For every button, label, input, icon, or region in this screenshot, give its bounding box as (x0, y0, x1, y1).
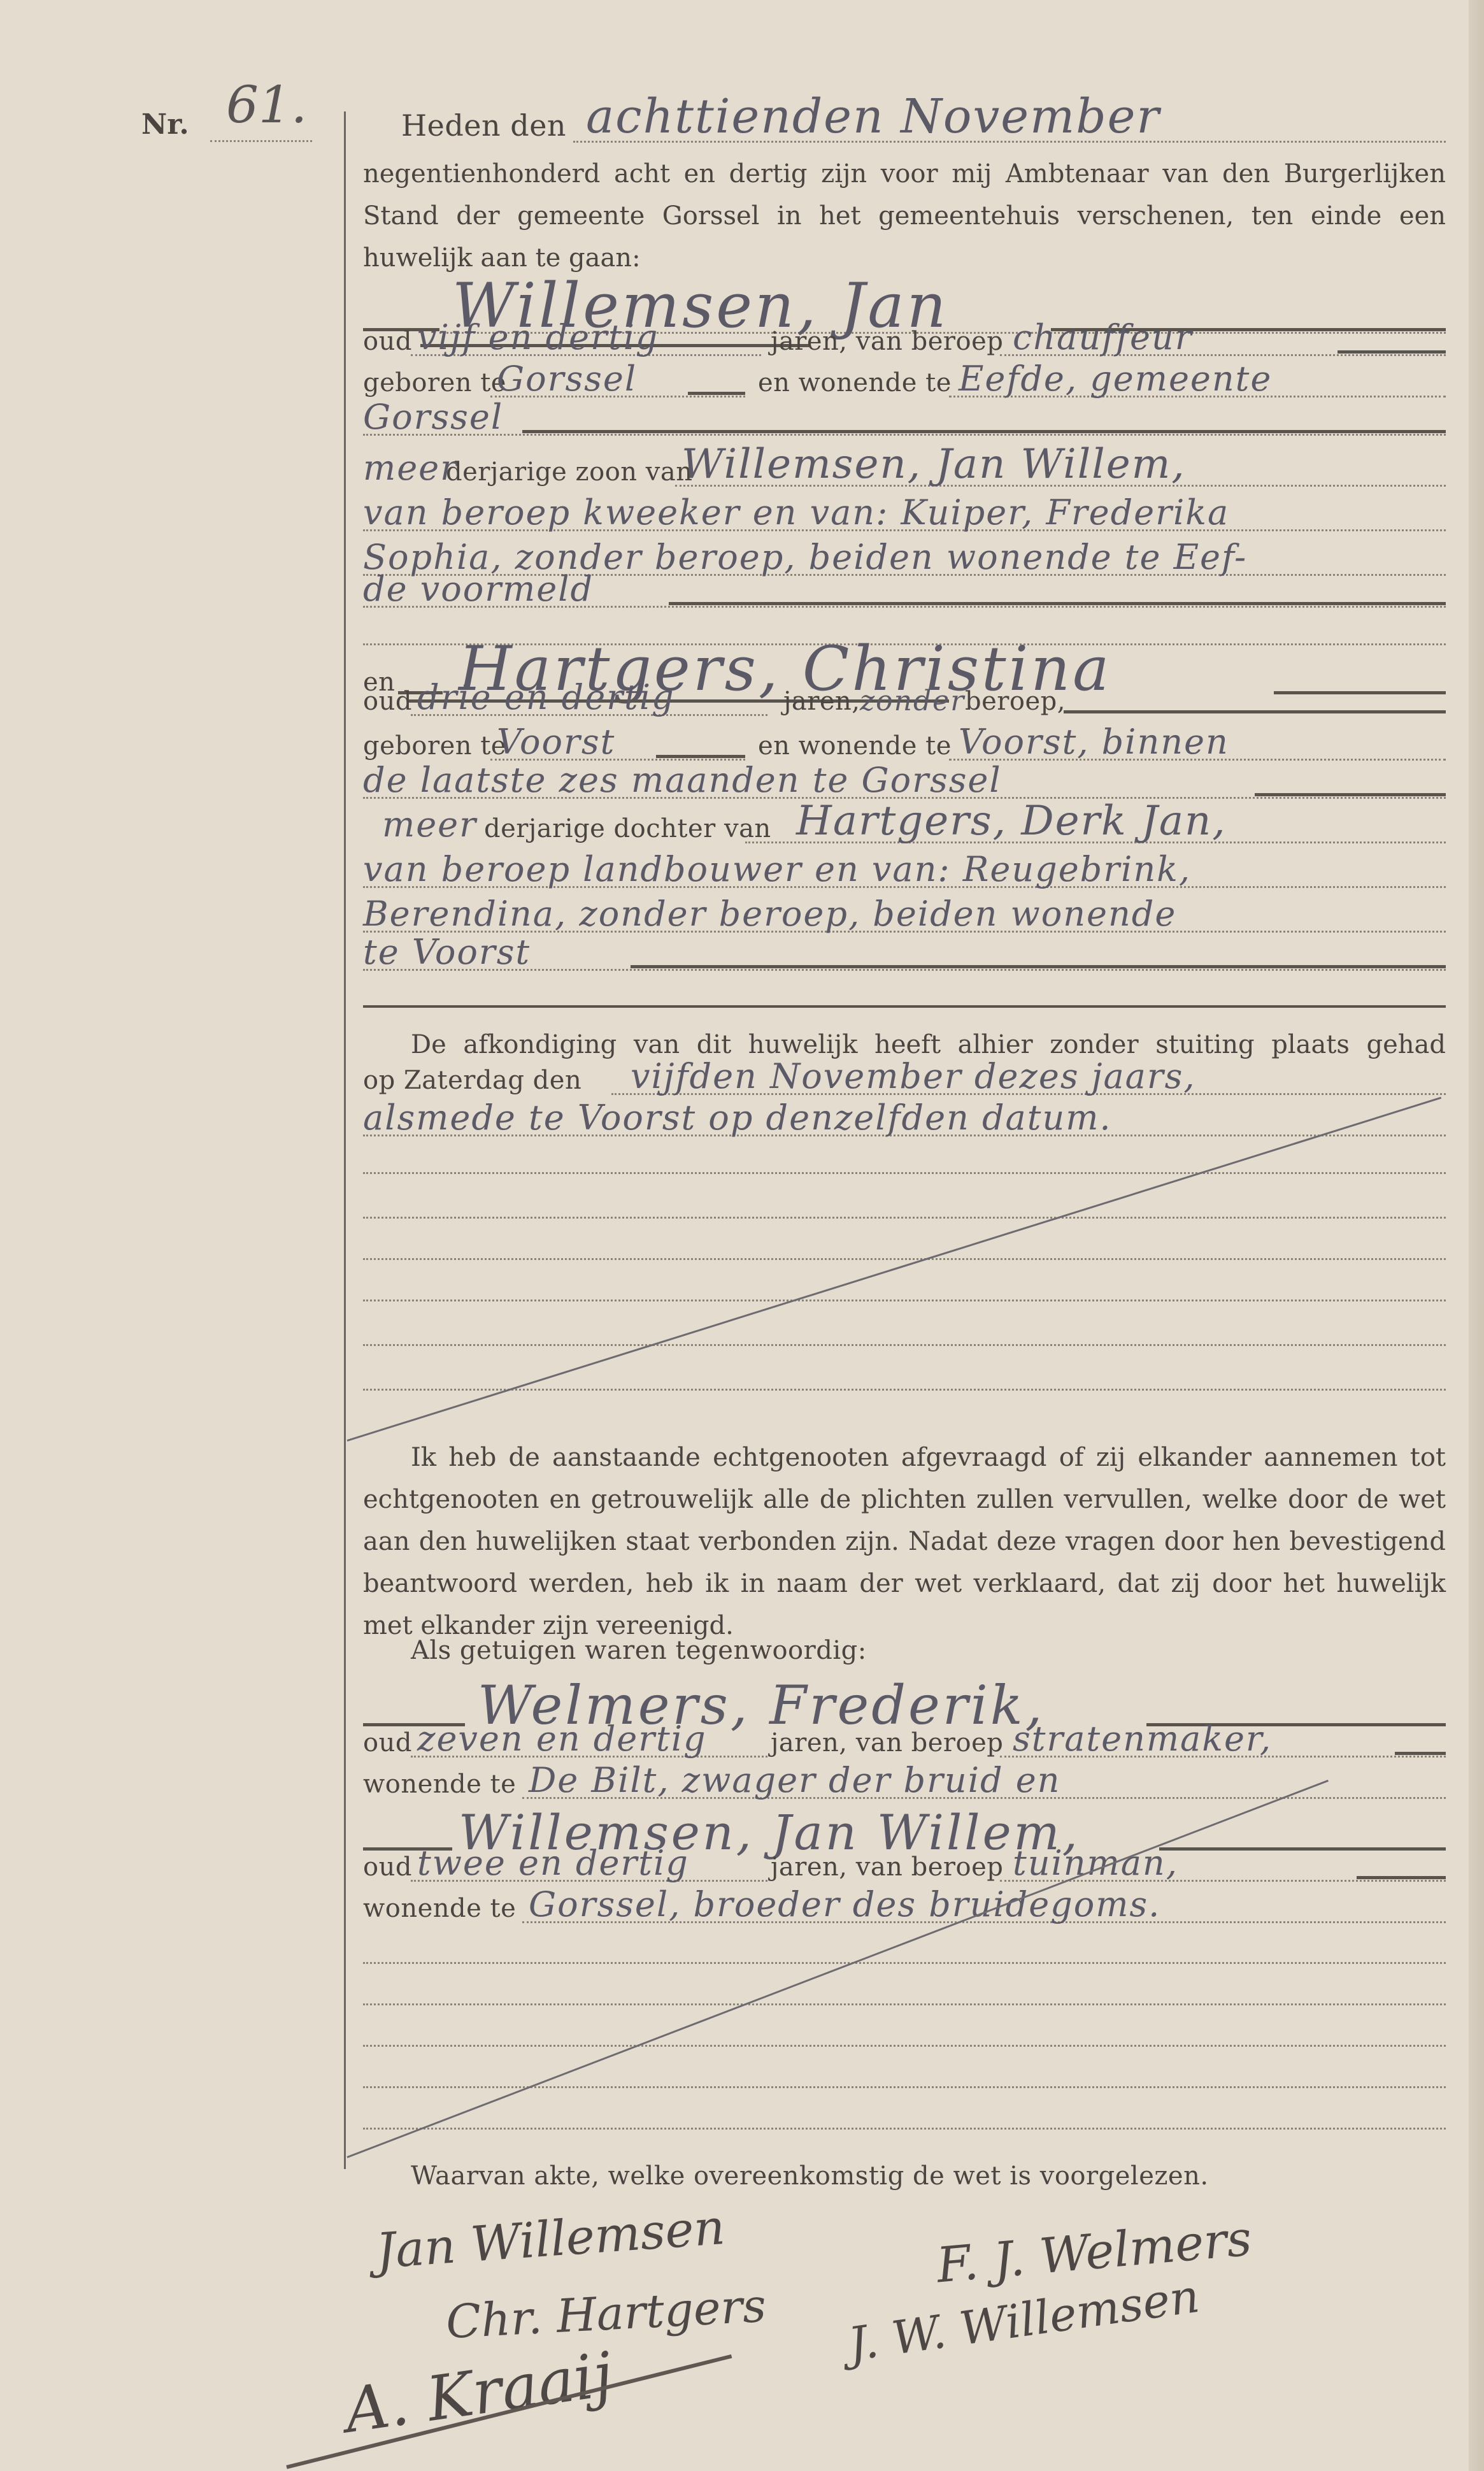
groom-parents-text: van beroep kweeker en van: Kuiper, Frede… (363, 492, 1229, 533)
bride-parents-line3: Berendina, zonder beroep, beiden wonende (363, 898, 1446, 936)
groom-residence-cont: Gorssel (363, 397, 503, 437)
oud-label: oud (363, 1852, 412, 1882)
dash (669, 602, 1446, 605)
groom-birth-row: geboren te Gorssel en wonende te Eefde, … (363, 363, 1446, 401)
oud-label: oud (363, 327, 412, 356)
jaren-beroep-label: jaren, van beroep (771, 1728, 1003, 1758)
marriage-date: achttienden November (586, 89, 1160, 144)
groom-age-row: oud vijf en dertig jaren, van beroep cha… (363, 322, 1446, 360)
record-number-value: 61. (226, 75, 307, 134)
geboren-label: geboren te (363, 368, 506, 398)
witness2-age-row: oud twee en dertig jaren, van beroep tui… (363, 1847, 1446, 1886)
bride-birth-row: geboren te Voorst en wonende te Voorst, … (363, 726, 1446, 764)
witness1-age-row: oud zeven en dertig jaren, van beroep st… (363, 1723, 1446, 1761)
bride-residence-cont-row: de laatste zes maanden te Gorssel (363, 764, 1446, 803)
meer-handwritten: meer (363, 448, 458, 488)
declaration-paragraph: Ik heb de aanstaande echtgenooten afgevr… (363, 1436, 1446, 1647)
blank-line (363, 1962, 1446, 1964)
bride-age-row: oud drie en dertig jaren, zonder beroep, (363, 682, 1446, 720)
bride-birthplace: Voorst (497, 722, 615, 762)
geboren-label: geboren te (363, 731, 506, 761)
zoon-van-label: derjarige zoon van (446, 457, 692, 487)
dash (656, 755, 745, 758)
declaration-line: beantwoord werden, heb ik in naam der we… (363, 1563, 1446, 1605)
witness2-residence: Gorssel, broeder des bruidegoms. (529, 1884, 1160, 1924)
bride-parents-text: Berendina, zonder beroep, beiden wonende (363, 894, 1176, 934)
groom-residence: Eefde, gemeente (959, 359, 1272, 399)
witness-heading-row: Als getuigen waren tegenwoordig: (363, 1631, 1446, 1669)
dash (1357, 1876, 1446, 1879)
witness1-occupation: stratenmaker, (1013, 1719, 1272, 1759)
dash (1255, 793, 1446, 796)
proclamation-voorst: alsmede te Voorst op denzelfden datum. (363, 1098, 1112, 1138)
beroep-label: beroep, (965, 687, 1066, 716)
jaren-label: jaren, (783, 687, 860, 716)
intro-line-3: Stand der gemeente Gorssel in het gemeen… (363, 195, 1446, 237)
groom-parents-text: de voormeld (363, 569, 594, 609)
proclamation-date: vijfden November dezes jaars, (631, 1056, 1196, 1096)
signature-witness-1: F. J. Welmers (934, 2210, 1254, 2294)
bride-father: Hartgers, Derk Jan, (796, 798, 1227, 845)
bride-parents-line4: te Voorst (363, 936, 1446, 975)
declaration-line: aan den huwelijken staat verbonden zijn.… (363, 1521, 1446, 1563)
record-number-dots (210, 140, 312, 142)
wonende-label: en wonende te (758, 731, 952, 761)
op-zaterdag-label: op Zaterdag den (363, 1066, 581, 1095)
jaren-beroep-label: jaren, van beroep (771, 327, 1003, 356)
blank-line (363, 2128, 1446, 2130)
witness2-occupation: tuinman, (1013, 1843, 1178, 1883)
intro-date-row: Heden den achttienden November (363, 96, 1446, 147)
witness2-residence-row: wonende te Gorssel, broeder des bruidego… (363, 1889, 1446, 1927)
wonende-label: en wonende te (758, 368, 952, 398)
bride-residence: Voorst, binnen (959, 722, 1229, 762)
closing-text: Waarvan akte, welke overeenkomstig de we… (411, 2161, 1209, 2191)
witness1-age: zeven en dertig (417, 1719, 707, 1759)
jaren-beroep-label: jaren, van beroep (771, 1852, 1003, 1882)
heden-den-label: Heden den (401, 108, 566, 143)
bride-age: drie en dertig (417, 677, 675, 717)
bride-parents-text: te Voorst (363, 932, 531, 972)
section-rule (363, 1005, 1446, 1008)
groom-parents-line4: de voormeld (363, 573, 1446, 612)
signature-groom: Jan Willemsen (375, 2198, 727, 2279)
blank-line (363, 1258, 1446, 1260)
groom-parents-line2: van beroep kweeker en van: Kuiper, Frede… (363, 497, 1446, 535)
wonende-label: wonende te (363, 1894, 516, 1923)
groom-father-row: meer derjarige zoon van Willemsen, Jan W… (363, 452, 1446, 491)
blank-line (363, 1389, 1446, 1391)
bride-father-row: meer derjarige dochter van Hartgers, Der… (363, 809, 1446, 847)
dots (363, 434, 1446, 436)
dash (1064, 710, 1446, 713)
witness2-age: twee en dertig (417, 1843, 689, 1883)
blank-line (363, 1172, 1446, 1174)
proclamation-date-row: op Zaterdag den vijfden November dezes j… (363, 1061, 1446, 1099)
intro-line-2: negentienhonderd acht en dertig zijn voo… (363, 153, 1446, 195)
bride-parents-text: van beroep landbouwer en van: Reugebrink… (363, 849, 1191, 889)
dash (1338, 350, 1446, 354)
blank-line (363, 1344, 1446, 1346)
oud-label: oud (363, 1728, 412, 1758)
dash (522, 430, 1446, 433)
proclamation-line3: alsmede te Voorst op denzelfden datum. (363, 1102, 1446, 1140)
bride-parents-line2: van beroep landbouwer en van: Reugebrink… (363, 854, 1446, 892)
record-number-label: Nr. (141, 108, 189, 141)
page-edge-shadow (1469, 0, 1484, 2471)
dash (688, 392, 745, 395)
witness-heading: Als getuigen waren tegenwoordig: (411, 1636, 867, 1665)
oud-label: oud (363, 687, 412, 716)
closing-row: Waarvan akte, welke overeenkomstig de we… (363, 2156, 1446, 2195)
groom-age: vijf en dertig (417, 317, 659, 357)
margin-divider (344, 111, 346, 2169)
groom-birthplace: Gorssel (497, 359, 637, 399)
bride-residence-cont: de laatste zes maanden te Gorssel (363, 760, 1002, 800)
declaration-line: Ik heb de aanstaande echtgenooten afgevr… (363, 1436, 1446, 1479)
groom-residence-cont-row: Gorssel (363, 401, 1446, 440)
dash (631, 965, 1446, 968)
blank-line (363, 2045, 1446, 2047)
declaration-line: echtgenooten en getrouwelijk alle de pli… (363, 1479, 1446, 1521)
intro-paragraph: negentienhonderd acht en dertig zijn voo… (363, 153, 1446, 279)
groom-occupation: chauffeur (1013, 317, 1193, 357)
bride-occupation: zonder (860, 685, 965, 717)
groom-father: Willemsen, Jan Willem, (681, 441, 1186, 488)
blank-line (363, 1217, 1446, 1219)
meer-handwritten: meer (382, 805, 477, 845)
blank-line (363, 1300, 1446, 1301)
dochter-van-label: derjarige dochter van (484, 814, 771, 843)
dash (1395, 1752, 1446, 1755)
blank-line (363, 2003, 1446, 2005)
